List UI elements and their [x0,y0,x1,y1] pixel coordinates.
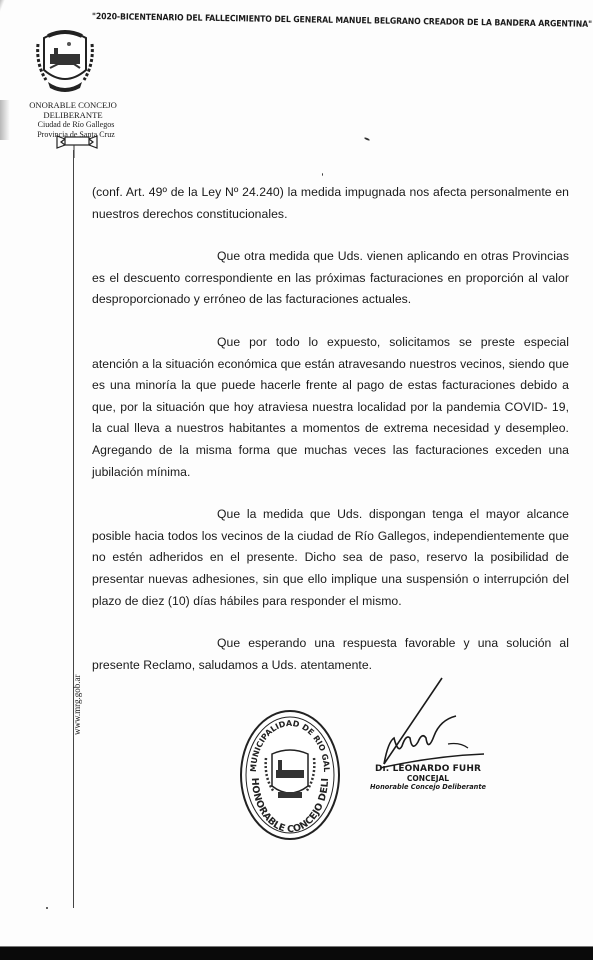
official-seal-icon: MUNICIPALIDAD DE RIO GALLEGOS HONORABLE … [238,708,342,842]
paragraph: (conf. Art. 49º de la Ley Nº 24.240) la … [92,182,569,225]
website-url: www.mrg.gob.ar [72,675,82,735]
institution-city: Ciudad de Río Gallegos [6,120,146,130]
paragraph: Que otra medida que Uds. vienen aplicand… [92,246,569,311]
paragraph: Que por todo lo expuesto, solicitamos se… [92,332,569,483]
bottom-black-bar [0,946,593,960]
ribbon-icon [55,134,99,158]
signature-block: Dr. LEONARDO FUHR CONCEJAL Honorable Con… [364,764,492,791]
handwritten-signature [364,672,489,772]
coat-of-arms-icon [34,24,96,96]
paragraph: Que la medida que Uds. dispongan tenga e… [92,504,569,612]
scan-speck [46,907,48,909]
letter-body: (conf. Art. 49º de la Ley Nº 24.240) la … [92,182,569,676]
signer-role: CONCEJAL [364,774,492,783]
document-page: "2020-BICENTENARIO DEL FALLECIMIENTO DEL… [0,0,593,946]
header-motto: "2020-BICENTENARIO DEL FALLECIMIENTO DEL… [92,12,587,30]
signer-organization: Honorable Concejo Deliberante [364,783,492,791]
scan-speck [364,137,370,141]
scan-speck [322,173,323,176]
institution-name: ONORABLE CONCEJO DELIBERANTE [0,100,146,120]
signer-name: Dr. LEONARDO FUHR [364,764,492,774]
paper-fold-shadow [0,0,7,107]
paragraph: Que esperando una respuesta favorable y … [92,633,569,676]
margin-rule [73,150,74,908]
